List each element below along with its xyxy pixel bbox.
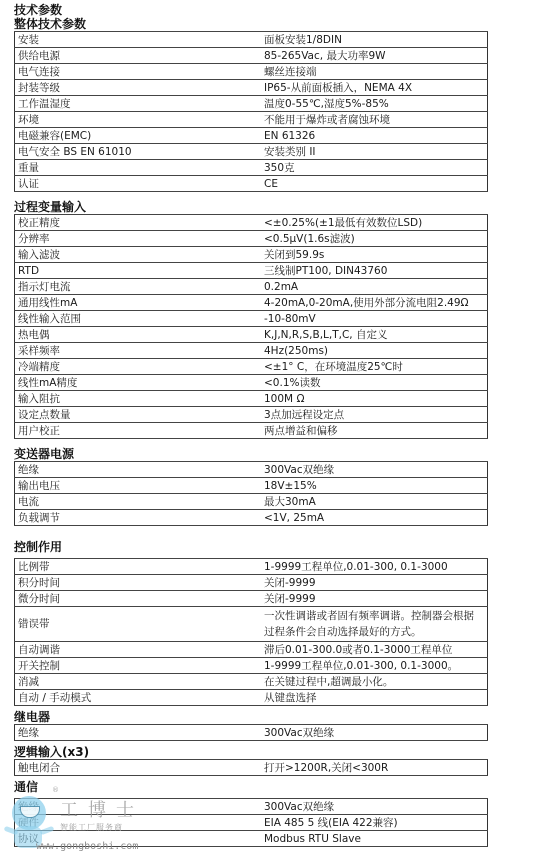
row-label: 比例带 bbox=[15, 559, 264, 575]
row-label: 冷端精度 bbox=[15, 359, 264, 375]
table-row: 开关控制1-9999工程单位,0.01-300, 0.1-3000。 bbox=[15, 658, 488, 674]
row-label: 电气安全 BS EN 61010 bbox=[15, 144, 264, 160]
row-value: 4Hz(250ms) bbox=[263, 343, 488, 359]
row-label: 供给电源 bbox=[15, 48, 264, 64]
section-heading-control-action: 控制作用 bbox=[14, 540, 490, 554]
table-row: 热电偶K,J,N,R,S,B,L,T,C, 自定义 bbox=[15, 327, 488, 343]
row-value: 滞后0.01-300.0或者0.1-3000工程单位 bbox=[263, 642, 488, 658]
row-value: <0.1%读数 bbox=[263, 375, 488, 391]
row-value: 85-265Vac, 最大功率9W bbox=[263, 48, 488, 64]
section-heading-process-input: 过程变量输入 bbox=[14, 200, 490, 214]
table-row: 比例带1-9999工程单位,0.01-300, 0.1-3000 bbox=[15, 559, 488, 575]
row-value: 打开>1200R,关闭<300R bbox=[263, 760, 488, 776]
table-row: 积分时间关闭-9999 bbox=[15, 575, 488, 591]
table-row: 硬件EIA 485 5 线(EIA 422兼容) bbox=[15, 815, 488, 831]
row-value: 三线制PT100, DIN43760 bbox=[263, 263, 488, 279]
row-label: 电流 bbox=[15, 494, 264, 510]
row-label: 电气连接 bbox=[15, 64, 264, 80]
row-label: 积分时间 bbox=[15, 575, 264, 591]
row-value: 350克 bbox=[263, 160, 488, 176]
row-label: 设定点数量 bbox=[15, 407, 264, 423]
row-label: 环境 bbox=[15, 112, 264, 128]
row-value: K,J,N,R,S,B,L,T,C, 自定义 bbox=[263, 327, 488, 343]
section-heading-general: 整体技术参数 bbox=[14, 17, 490, 31]
spec-table-general: 安装面板安装1/8DIN 供给电源85-265Vac, 最大功率9W 电气连接螺… bbox=[14, 31, 488, 192]
row-label: 消减 bbox=[15, 674, 264, 690]
table-row: 电气安全 BS EN 61010安装类别 II bbox=[15, 144, 488, 160]
section-heading-logic-input: 逻辑输入(x3) bbox=[14, 745, 490, 759]
table-row: 自动调谐滞后0.01-300.0或者0.1-3000工程单位 bbox=[15, 642, 488, 658]
row-value: <0.5μV(1.6s滤波) bbox=[263, 231, 488, 247]
row-value: 18V±15% bbox=[263, 478, 488, 494]
row-label: 开关控制 bbox=[15, 658, 264, 674]
row-label: 通用线性mA bbox=[15, 295, 264, 311]
table-row: 输入阻抗100M Ω bbox=[15, 391, 488, 407]
row-label: 错误带 bbox=[15, 607, 264, 642]
row-label: 负载调节 bbox=[15, 510, 264, 526]
table-row: 输出电压18V±15% bbox=[15, 478, 488, 494]
row-value: EN 61326 bbox=[263, 128, 488, 144]
row-label: 热电偶 bbox=[15, 327, 264, 343]
table-row: 环境不能用于爆炸或者腐蚀环境 bbox=[15, 112, 488, 128]
row-value: 安装类别 II bbox=[263, 144, 488, 160]
table-row: 认证CE bbox=[15, 176, 488, 192]
row-value: 0.2mA bbox=[263, 279, 488, 295]
section-heading-transmitter-power: 变送器电源 bbox=[14, 447, 490, 461]
row-value: -10-80mV bbox=[263, 311, 488, 327]
table-row: 重量350克 bbox=[15, 160, 488, 176]
spec-table-control-action: 比例带1-9999工程单位,0.01-300, 0.1-3000 积分时间关闭-… bbox=[14, 558, 488, 706]
row-value: <±1° C，在环境温度25℃时 bbox=[263, 359, 488, 375]
spec-table-relay: 绝缘300Vac双绝缘 bbox=[14, 724, 488, 741]
table-row: 冷端精度<±1° C，在环境温度25℃时 bbox=[15, 359, 488, 375]
row-label: 协议 bbox=[15, 831, 264, 847]
row-label: 电磁兼容(EMC) bbox=[15, 128, 264, 144]
table-row: 校正精度<±0.25%(±1最低有效数位LSD) bbox=[15, 215, 488, 231]
row-value: CE bbox=[263, 176, 488, 192]
row-label: 输入阻抗 bbox=[15, 391, 264, 407]
row-value: 1-9999工程单位,0.01-300, 0.1-3000 bbox=[263, 559, 488, 575]
row-label: RTD bbox=[15, 263, 264, 279]
row-value: 不能用于爆炸或者腐蚀环境 bbox=[263, 112, 488, 128]
row-label: 分辨率 bbox=[15, 231, 264, 247]
row-value: EIA 485 5 线(EIA 422兼容) bbox=[263, 815, 488, 831]
table-row: 指示灯电流0.2mA bbox=[15, 279, 488, 295]
row-label: 线性mA精度 bbox=[15, 375, 264, 391]
row-value: 关闭-9999 bbox=[263, 591, 488, 607]
table-row: 供给电源85-265Vac, 最大功率9W bbox=[15, 48, 488, 64]
row-value: 关闭到59.9s bbox=[263, 247, 488, 263]
row-label: 自动 / 手动模式 bbox=[15, 690, 264, 706]
row-label: 安装 bbox=[15, 32, 264, 48]
spec-table-process-input: 校正精度<±0.25%(±1最低有效数位LSD) 分辨率<0.5μV(1.6s滤… bbox=[14, 214, 488, 439]
row-label: 输入滤波 bbox=[15, 247, 264, 263]
row-label: 绝缘 bbox=[15, 725, 264, 741]
row-value: 300Vac双绝缘 bbox=[263, 799, 488, 815]
table-row: 线性mA精度<0.1%读数 bbox=[15, 375, 488, 391]
table-row: 分辨率<0.5μV(1.6s滤波) bbox=[15, 231, 488, 247]
table-row: 电磁兼容(EMC)EN 61326 bbox=[15, 128, 488, 144]
table-row: 电流最大30mA bbox=[15, 494, 488, 510]
table-row: 消减在关键过程中,超调最小化。 bbox=[15, 674, 488, 690]
table-row: 设定点数量3点加远程设定点 bbox=[15, 407, 488, 423]
row-value: 面板安装1/8DIN bbox=[263, 32, 488, 48]
spec-document: 技术参数 整体技术参数 安装面板安装1/8DIN 供给电源85-265Vac, … bbox=[14, 4, 490, 847]
row-label: 微分时间 bbox=[15, 591, 264, 607]
row-label: 校正精度 bbox=[15, 215, 264, 231]
row-label: 自动调谐 bbox=[15, 642, 264, 658]
section-heading-communication: 通信 bbox=[14, 780, 490, 794]
table-row: 电气连接螺丝连接端 bbox=[15, 64, 488, 80]
row-value: 两点增益和偏移 bbox=[263, 423, 488, 439]
table-row: 负载调节<1V, 25mA bbox=[15, 510, 488, 526]
table-row: 工作温湿度温度0-55℃,湿度5%-85% bbox=[15, 96, 488, 112]
table-row: 采样频率4Hz(250ms) bbox=[15, 343, 488, 359]
row-label: 指示灯电流 bbox=[15, 279, 264, 295]
table-row: 自动 / 手动模式从键盘选择 bbox=[15, 690, 488, 706]
spec-table-logic-input: 触电闭合打开>1200R,关闭<300R bbox=[14, 759, 488, 776]
row-label: 输出电压 bbox=[15, 478, 264, 494]
table-row: RTD三线制PT100, DIN43760 bbox=[15, 263, 488, 279]
table-row: 绝缘300Vac双绝缘 bbox=[15, 799, 488, 815]
table-row: 微分时间关闭-9999 bbox=[15, 591, 488, 607]
table-row: 输入滤波关闭到59.9s bbox=[15, 247, 488, 263]
row-label: 重量 bbox=[15, 160, 264, 176]
row-label: 用户校正 bbox=[15, 423, 264, 439]
row-value: 最大30mA bbox=[263, 494, 488, 510]
table-row: 安装面板安装1/8DIN bbox=[15, 32, 488, 48]
row-value: 在关键过程中,超调最小化。 bbox=[263, 674, 488, 690]
table-row: 线性输入范围-10-80mV bbox=[15, 311, 488, 327]
row-value: 温度0-55℃,湿度5%-85% bbox=[263, 96, 488, 112]
table-row: 用户校正两点增益和偏移 bbox=[15, 423, 488, 439]
row-value: <1V, 25mA bbox=[263, 510, 488, 526]
row-value: 300Vac双绝缘 bbox=[263, 462, 488, 478]
row-label: 工作温湿度 bbox=[15, 96, 264, 112]
table-row: 触电闭合打开>1200R,关闭<300R bbox=[15, 760, 488, 776]
row-value: Modbus RTU Slave bbox=[263, 831, 488, 847]
row-value: 100M Ω bbox=[263, 391, 488, 407]
row-label: 绝缘 bbox=[15, 462, 264, 478]
row-label: 封装等级 bbox=[15, 80, 264, 96]
row-value: 关闭-9999 bbox=[263, 575, 488, 591]
row-label: 硬件 bbox=[15, 815, 264, 831]
row-value: 1-9999工程单位,0.01-300, 0.1-3000。 bbox=[263, 658, 488, 674]
document-title: 技术参数 bbox=[14, 4, 490, 17]
table-row: 绝缘300Vac双绝缘 bbox=[15, 725, 488, 741]
row-value: IP65-从前面板插入，NEMA 4X bbox=[263, 80, 488, 96]
row-label: 采样频率 bbox=[15, 343, 264, 359]
row-label: 认证 bbox=[15, 176, 264, 192]
spec-table-communication: 绝缘300Vac双绝缘 硬件EIA 485 5 线(EIA 422兼容) 协议M… bbox=[14, 798, 488, 847]
row-label: 绝缘 bbox=[15, 799, 264, 815]
table-row: 通用线性mA4-20mA,0-20mA,使用外部分流电阻2.49Ω bbox=[15, 295, 488, 311]
table-row: 错误带一次性调谐或者固有频率调谐。控制器会根据过程条件会自动选择最好的方式。 bbox=[15, 607, 488, 642]
row-value: 一次性调谐或者固有频率调谐。控制器会根据过程条件会自动选择最好的方式。 bbox=[263, 607, 488, 642]
table-row: 封装等级IP65-从前面板插入，NEMA 4X bbox=[15, 80, 488, 96]
row-value: <±0.25%(±1最低有效数位LSD) bbox=[263, 215, 488, 231]
row-value: 3点加远程设定点 bbox=[263, 407, 488, 423]
row-label: 触电闭合 bbox=[15, 760, 264, 776]
row-value: 从键盘选择 bbox=[263, 690, 488, 706]
row-value: 螺丝连接端 bbox=[263, 64, 488, 80]
row-value: 300Vac双绝缘 bbox=[263, 725, 488, 741]
row-value: 4-20mA,0-20mA,使用外部分流电阻2.49Ω bbox=[263, 295, 488, 311]
section-heading-relay: 继电器 bbox=[14, 710, 490, 724]
spec-table-transmitter-power: 绝缘300Vac双绝缘 输出电压18V±15% 电流最大30mA 负载调节<1V… bbox=[14, 461, 488, 526]
table-row: 绝缘300Vac双绝缘 bbox=[15, 462, 488, 478]
row-label: 线性输入范围 bbox=[15, 311, 264, 327]
table-row: 协议Modbus RTU Slave bbox=[15, 831, 488, 847]
